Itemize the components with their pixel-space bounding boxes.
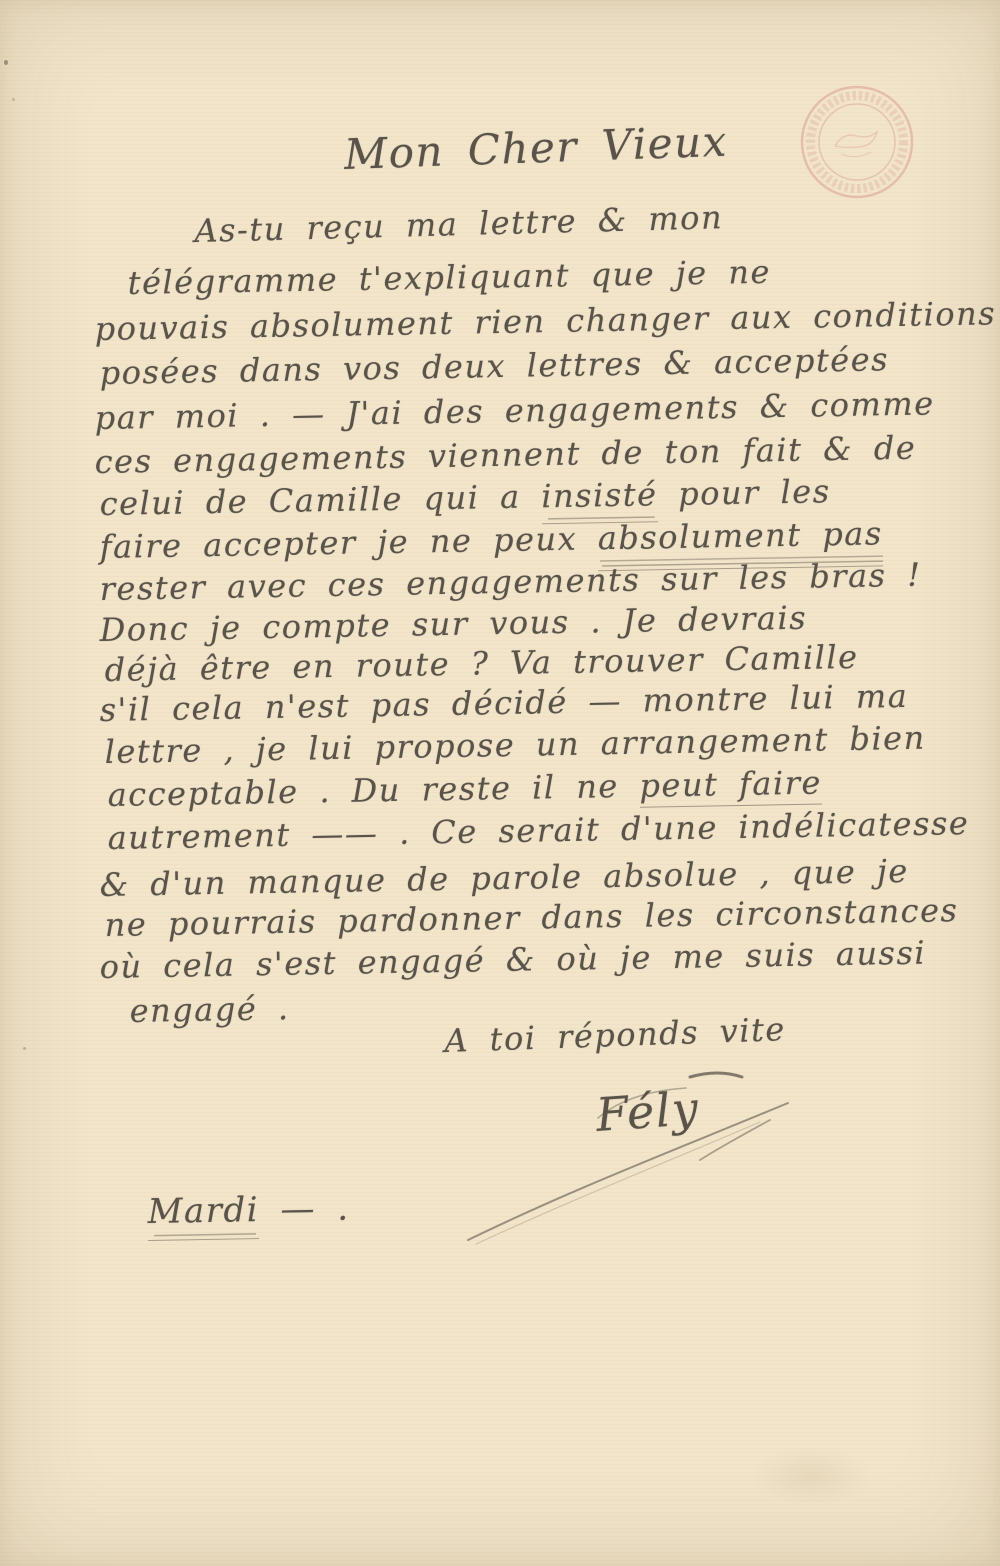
body-line: posées dans vos deux lettres & acceptées — [99, 340, 889, 392]
handwritten-text: télégramme t'expliquant que je ne — [127, 253, 771, 302]
paper-speck — [23, 1047, 26, 1050]
paper-stain — [726, 1434, 896, 1518]
handwritten-text: A toi réponds vite — [444, 1010, 787, 1060]
salutation-line: Mon Cher Vieux — [343, 117, 728, 179]
circular-ink-stamp — [795, 80, 919, 204]
body-line: As-tu reçu ma lettre & mon — [194, 198, 724, 250]
handwritten-text: pour les — [657, 472, 831, 513]
paper-speck — [12, 98, 15, 101]
signature: Fély — [594, 1081, 701, 1142]
underlined-text: peut faire — [639, 764, 822, 808]
handwritten-text: faire accepter je ne peux — [99, 519, 598, 566]
body-line: autrement —— . Ce serait d'une indélicat… — [107, 804, 969, 857]
body-line: par moi . — J'ai des engagements & comme — [94, 384, 935, 437]
letter-page: Mon Cher VieuxAs-tu reçu ma lettre & mon… — [0, 0, 1000, 1566]
underlined-text: Mardi — [147, 1190, 259, 1241]
body-line: télégramme t'expliquant que je ne — [127, 253, 771, 302]
handwritten-text: autrement —— . Ce serait d'une indélicat… — [107, 804, 969, 857]
body-line: acceptable . Du reste il ne peut faire — [107, 764, 822, 814]
closing-line: A toi réponds vite — [444, 1010, 787, 1060]
underlined-text: insisté — [541, 475, 658, 524]
handwritten-text: par moi . — J'ai des engagements & comme — [94, 384, 935, 437]
handwritten-text: celui de Camille qui a — [99, 477, 541, 523]
handwritten-text: Fély — [594, 1081, 701, 1142]
handwritten-text: posées dans vos deux lettres & acceptées — [99, 340, 889, 392]
handwritten-text: Mon Cher Vieux — [343, 117, 728, 179]
paper-speck — [4, 60, 8, 65]
body-line: engagé . — [129, 989, 290, 1030]
handwritten-text: acceptable . Du reste il ne — [107, 767, 639, 814]
date-line: Mardi — . — [147, 1188, 350, 1232]
handwritten-text: engagé . — [129, 989, 290, 1030]
handwritten-text: — . — [259, 1188, 350, 1230]
body-line: celui de Camille qui a insisté pour les — [99, 472, 831, 523]
handwritten-text: As-tu reçu ma lettre & mon — [194, 198, 724, 250]
